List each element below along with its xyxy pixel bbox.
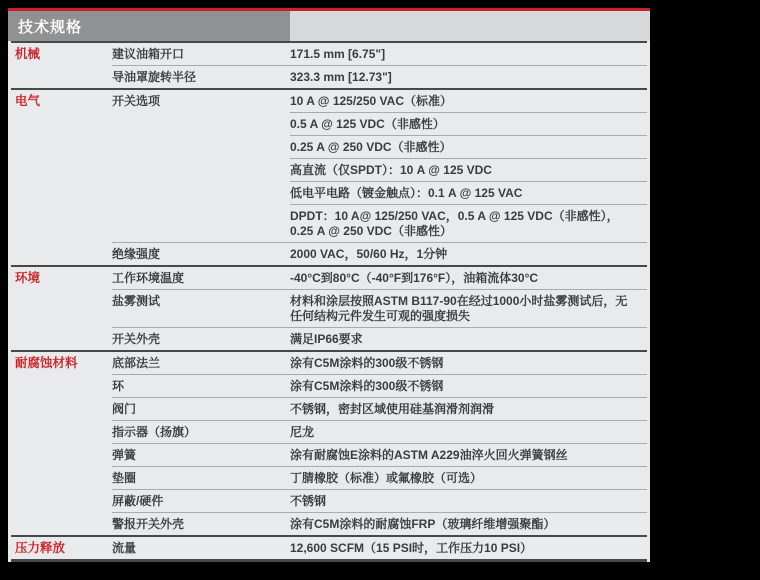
spec-row: 流量 12,600 SCFM（15 PSI时，工作压力10 PSI）: [112, 537, 647, 559]
row-label: 建议油箱开口: [112, 43, 290, 65]
row-values: 不锈钢: [290, 490, 647, 512]
spec-sheet-page: 技术规格 机械 建议油箱开口 171.5 mm [6.75"] 导油罩旋转半径 …: [8, 8, 650, 562]
row-label: 弹簧: [112, 444, 290, 466]
spec-section: 电气 开关选项 10 A @ 125/250 VAC（标准） 0.5 A @ 1…: [11, 90, 647, 267]
spec-row: 警报开关外壳 涂有C5M涂料的耐腐蚀FRP（玻璃纤维增强聚酯）: [112, 512, 647, 535]
value-line: -40°C到80°C（-40°F到176°F），油箱流体30°C: [290, 267, 647, 289]
row-values: -40°C到80°C（-40°F到176°F），油箱流体30°C: [290, 267, 647, 289]
spec-section: 环境 工作环境温度 -40°C到80°C（-40°F到176°F），油箱流体30…: [11, 267, 647, 352]
section-category: 耐腐蚀材料: [11, 352, 112, 535]
row-values: 323.3 mm [12.73"]: [290, 66, 647, 88]
value-line: 171.5 mm [6.75"]: [290, 43, 647, 65]
spec-section: 耐腐蚀材料 底部法兰 涂有C5M涂料的300级不锈钢 环 涂有C5M涂料的300…: [11, 352, 647, 537]
section-rows: 开关选项 10 A @ 125/250 VAC（标准） 0.5 A @ 125 …: [112, 90, 647, 265]
row-label: 绝缘强度: [112, 243, 290, 265]
row-values: 2000 VAC，50/60 Hz，1分钟: [290, 243, 647, 265]
spec-row: 工作环境温度 -40°C到80°C（-40°F到176°F），油箱流体30°C: [112, 267, 647, 289]
spec-row: 垫圈 丁腈橡胶（标准）或氟橡胶（可选）: [112, 466, 647, 489]
spec-row: 屏蔽/硬件 不锈钢: [112, 489, 647, 512]
row-values: 涂有C5M涂料的300级不锈钢: [290, 375, 647, 397]
value-line: 高直流（仅SPDT）：10 A @ 125 VDC: [290, 158, 647, 181]
row-label: 开关选项: [112, 90, 290, 242]
page-title: 技术规格: [8, 11, 290, 41]
row-values: 涂有C5M涂料的300级不锈钢: [290, 352, 647, 374]
value-line: 涂有耐腐蚀E涂料的ASTM A229油淬火回火弹簧钢丝: [290, 444, 647, 466]
row-label: 流量: [112, 537, 290, 559]
spec-row: 建议油箱开口 171.5 mm [6.75"]: [112, 43, 647, 65]
spec-table: 机械 建议油箱开口 171.5 mm [6.75"] 导油罩旋转半径 323.3…: [11, 41, 647, 562]
value-line: 低电平电路（镀金触点）：0.1 A @ 125 VAC: [290, 181, 647, 204]
value-line: 涂有C5M涂料的耐腐蚀FRP（玻璃纤维增强聚酯）: [290, 513, 647, 535]
row-values: 10 A @ 125/250 VAC（标准） 0.5 A @ 125 VDC（非…: [290, 90, 647, 242]
row-values: 满足IP66要求: [290, 328, 647, 350]
value-line: DPDT：10 A@ 125/250 VAC，0.5 A @ 125 VDC（非…: [290, 204, 647, 242]
value-line: 0.25 A @ 250 VDC（非感性）: [290, 135, 647, 158]
value-line: 材料和涂层按照ASTM B117-90在经过1000小时盐雾测试后，无任何结构元…: [290, 290, 647, 327]
section-rows: 建议油箱开口 171.5 mm [6.75"] 导油罩旋转半径 323.3 mm…: [112, 43, 647, 88]
row-values: 涂有耐腐蚀E涂料的ASTM A229油淬火回火弹簧钢丝: [290, 444, 647, 466]
value-line: 满足IP66要求: [290, 328, 647, 350]
value-line: 10 A @ 125/250 VAC（标准）: [290, 90, 647, 112]
row-label: 环: [112, 375, 290, 397]
row-values: 丁腈橡胶（标准）或氟橡胶（可选）: [290, 467, 647, 489]
spec-section: 机械 建议油箱开口 171.5 mm [6.75"] 导油罩旋转半径 323.3…: [11, 43, 647, 90]
section-rows: 流量 12,600 SCFM（15 PSI时，工作压力10 PSI）: [112, 537, 647, 559]
spec-row: 开关外壳 满足IP66要求: [112, 327, 647, 350]
spec-row: 底部法兰 涂有C5M涂料的300级不锈钢: [112, 352, 647, 374]
value-line: 不锈钢: [290, 490, 647, 512]
row-label: 盐雾测试: [112, 290, 290, 327]
value-line: 323.3 mm [12.73"]: [290, 66, 647, 88]
section-category: 压力释放: [11, 537, 112, 559]
row-values: 12,600 SCFM（15 PSI时，工作压力10 PSI）: [290, 537, 647, 559]
row-label: 开关外壳: [112, 328, 290, 350]
spec-row: 环 涂有C5M涂料的300级不锈钢: [112, 374, 647, 397]
value-line: 不锈钢，密封区域使用硅基润滑剂润滑: [290, 398, 647, 420]
row-values: 不锈钢，密封区域使用硅基润滑剂润滑: [290, 398, 647, 420]
spec-row: 弹簧 涂有耐腐蚀E涂料的ASTM A229油淬火回火弹簧钢丝: [112, 443, 647, 466]
spec-row: 开关选项 10 A @ 125/250 VAC（标准） 0.5 A @ 125 …: [112, 90, 647, 242]
row-values: 171.5 mm [6.75"]: [290, 43, 647, 65]
row-label: 底部法兰: [112, 352, 290, 374]
page-header: 技术规格: [8, 11, 650, 41]
value-line: 涂有C5M涂料的300级不锈钢: [290, 352, 647, 374]
value-line: 0.5 A @ 125 VDC（非感性）: [290, 112, 647, 135]
row-label: 指示器（扬旗）: [112, 421, 290, 443]
row-label: 垫圈: [112, 467, 290, 489]
row-label: 阀门: [112, 398, 290, 420]
row-label: 警报开关外壳: [112, 513, 290, 535]
row-label: 工作环境温度: [112, 267, 290, 289]
section-category: 电气: [11, 90, 112, 265]
header-gray-strip: [290, 11, 650, 41]
value-line: 2000 VAC，50/60 Hz，1分钟: [290, 243, 647, 265]
value-line: 丁腈橡胶（标准）或氟橡胶（可选）: [290, 467, 647, 489]
value-line: 12,600 SCFM（15 PSI时，工作压力10 PSI）: [290, 537, 647, 559]
spec-section: 压力释放 流量 12,600 SCFM（15 PSI时，工作压力10 PSI）: [11, 537, 647, 562]
section-rows: 底部法兰 涂有C5M涂料的300级不锈钢 环 涂有C5M涂料的300级不锈钢 阀…: [112, 352, 647, 535]
spec-row: 盐雾测试 材料和涂层按照ASTM B117-90在经过1000小时盐雾测试后，无…: [112, 289, 647, 327]
row-values: 涂有C5M涂料的耐腐蚀FRP（玻璃纤维增强聚酯）: [290, 513, 647, 535]
section-category: 机械: [11, 43, 112, 88]
value-line: 涂有C5M涂料的300级不锈钢: [290, 375, 647, 397]
row-label: 导油罩旋转半径: [112, 66, 290, 88]
spec-row: 导油罩旋转半径 323.3 mm [12.73"]: [112, 65, 647, 88]
row-values: 尼龙: [290, 421, 647, 443]
value-line: 尼龙: [290, 421, 647, 443]
spec-row: 指示器（扬旗） 尼龙: [112, 420, 647, 443]
spec-row: 阀门 不锈钢，密封区域使用硅基润滑剂润滑: [112, 397, 647, 420]
spec-row: 绝缘强度 2000 VAC，50/60 Hz，1分钟: [112, 242, 647, 265]
row-label: 屏蔽/硬件: [112, 490, 290, 512]
section-category: 环境: [11, 267, 112, 350]
row-values: 材料和涂层按照ASTM B117-90在经过1000小时盐雾测试后，无任何结构元…: [290, 290, 647, 327]
section-rows: 工作环境温度 -40°C到80°C（-40°F到176°F），油箱流体30°C …: [112, 267, 647, 350]
